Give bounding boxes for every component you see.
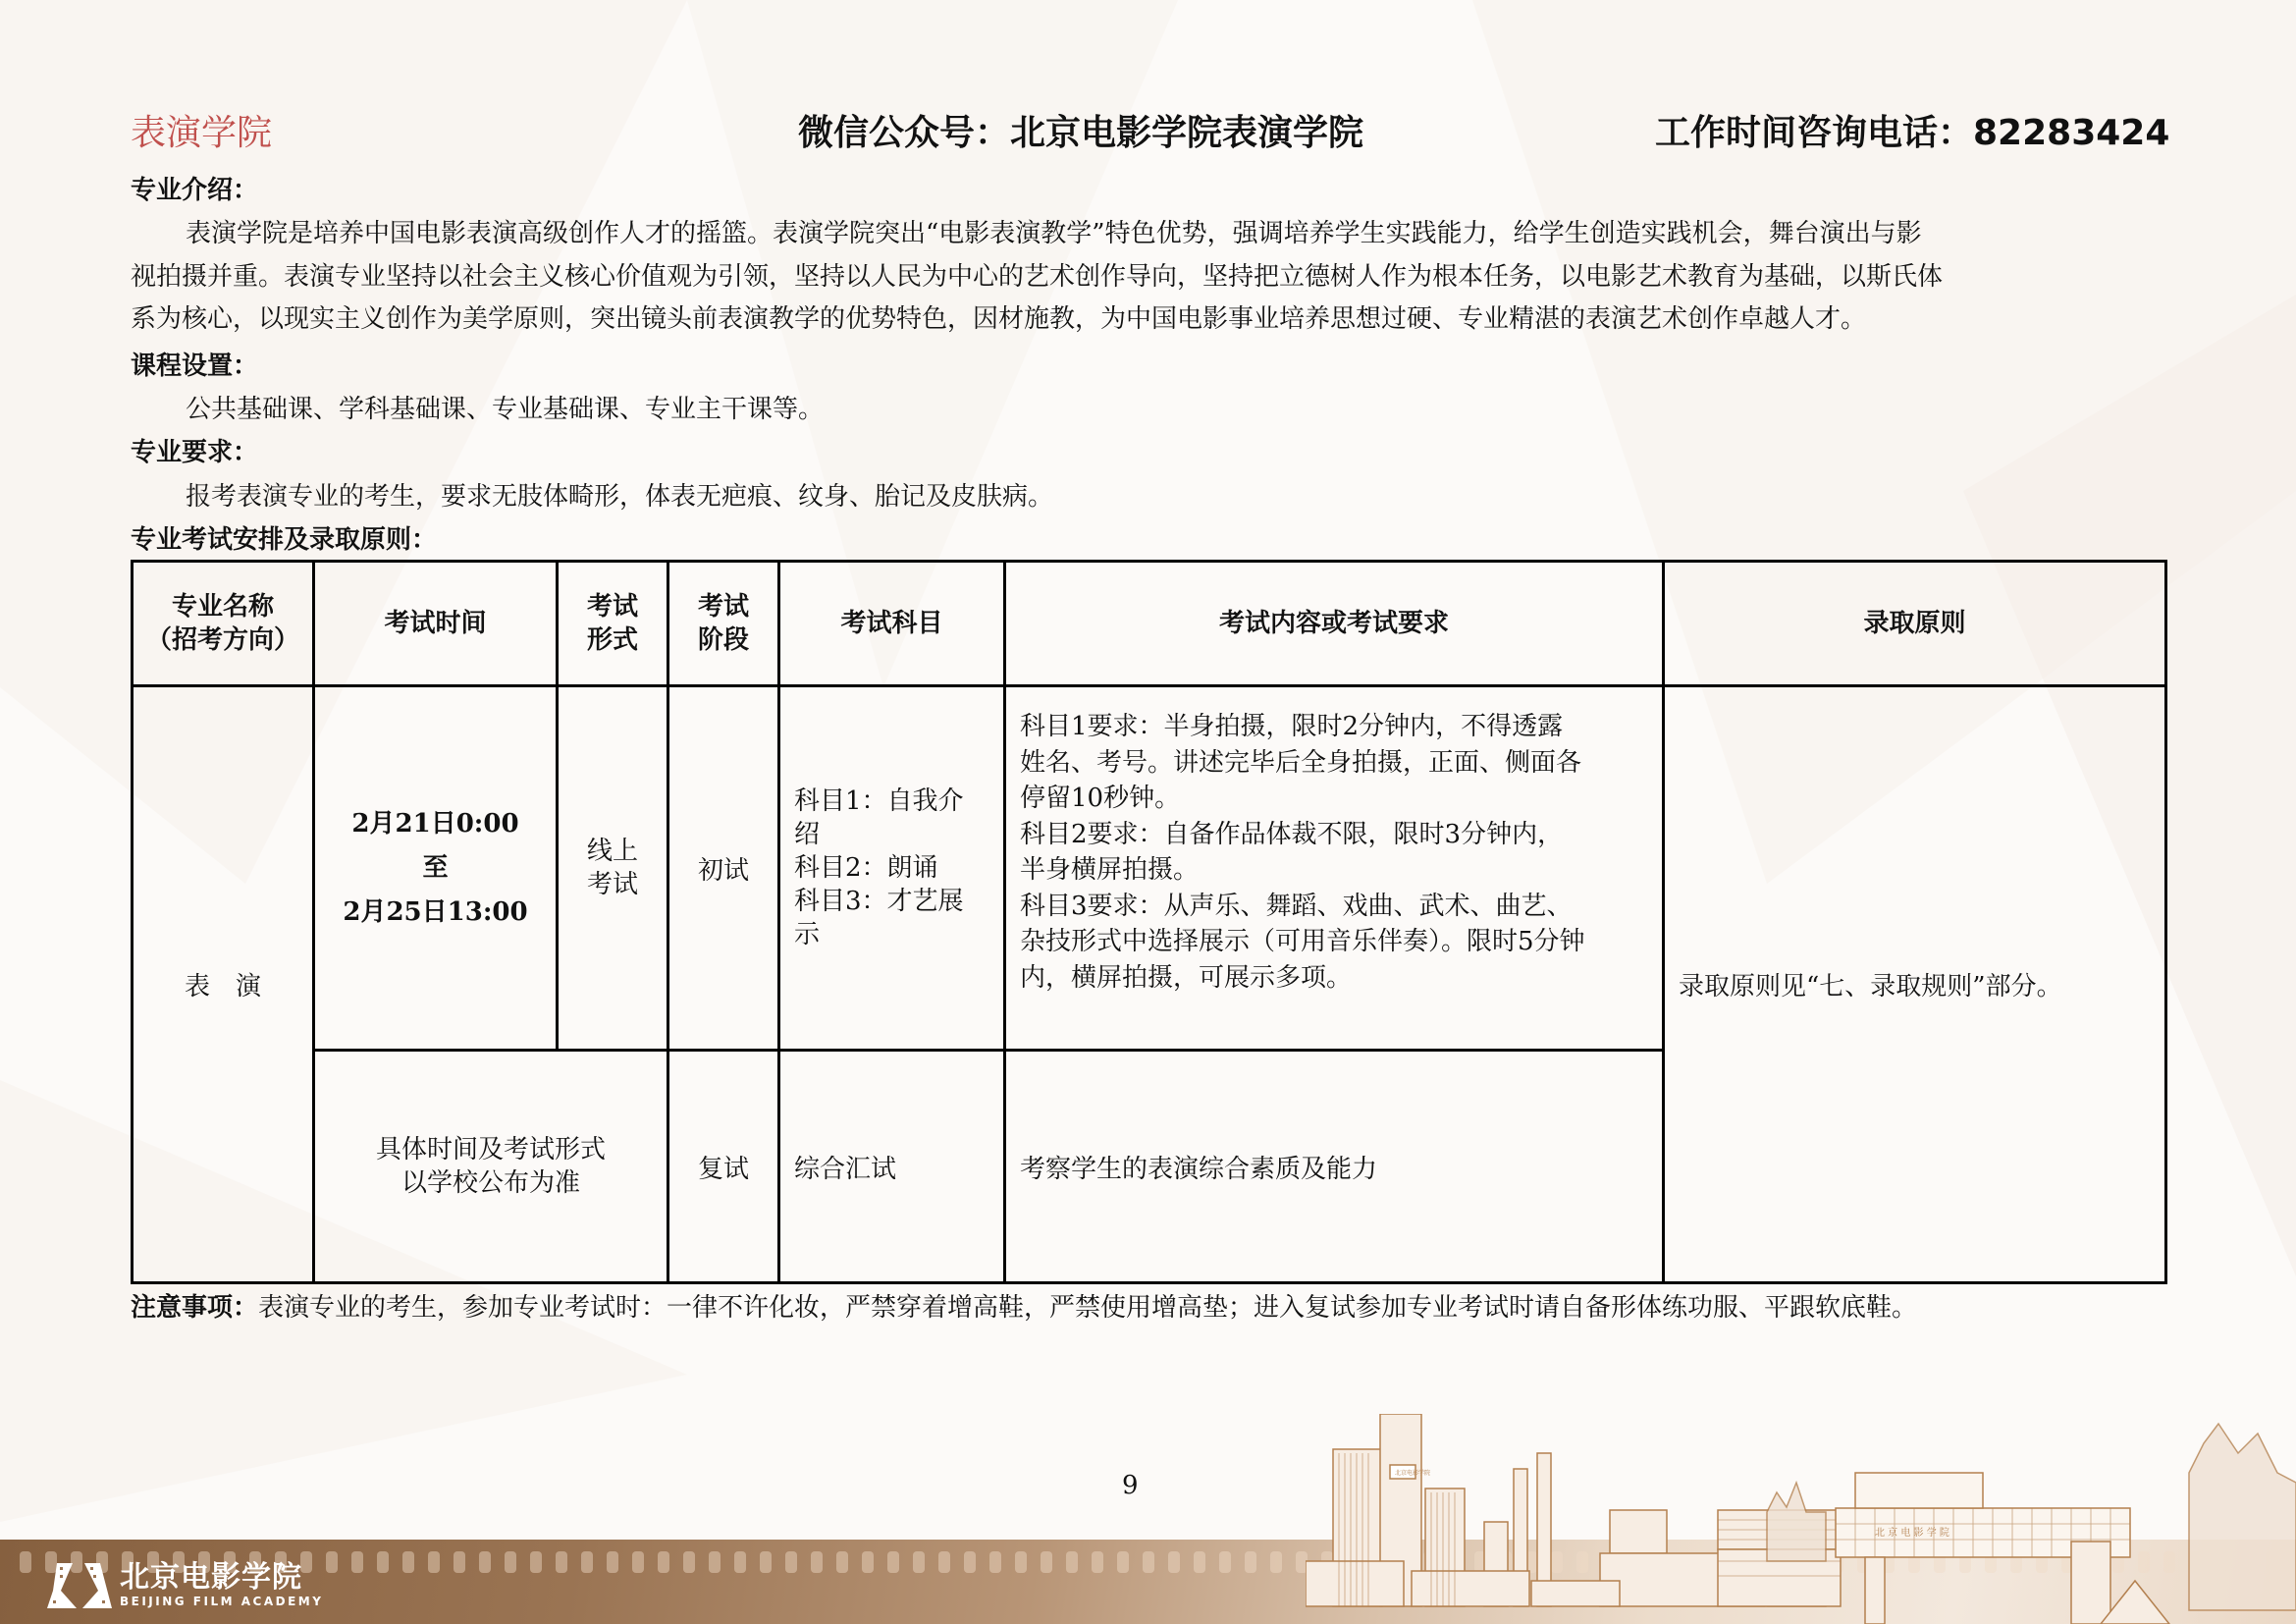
- retest-stage-cell: 复试: [668, 1051, 779, 1283]
- exam-form-cell: 线上 考试: [558, 686, 668, 1051]
- major-cell: 表 演: [133, 686, 314, 1283]
- exam-heading: 专业考试安排及录取原则：: [131, 527, 437, 553]
- exam-content-cell: 科目1要求：半身拍摄，限时2分钟内，不得透露 姓名、考号。讲述完毕后全身拍摄，正…: [1005, 686, 1664, 1051]
- svg-text:北 京 电 影 学 院: 北 京 电 影 学 院: [1875, 1526, 1949, 1539]
- admission-cell: 录取原则见“七、录取规则”部分。: [1664, 686, 2166, 1283]
- logo-english: BEIJING FILM ACADEMY: [120, 1595, 323, 1608]
- retest-subjects-cell: 综合汇试: [779, 1051, 1005, 1283]
- col-header-time: 考试时间: [314, 562, 558, 686]
- courses-text: 公共基础课、学科基础课、专业基础课、专业主干课等。: [186, 389, 824, 432]
- campus-skyline-illustration: 北京电影学院 北 京 电 影 学 院: [1306, 1414, 2296, 1624]
- retest-content-cell: 考察学生的表演综合素质及能力: [1005, 1051, 1664, 1283]
- notes: 注意事项：表演专业的考生，参加专业考试时：一律不许化妆，严禁穿着增高鞋，严禁使用…: [131, 1292, 1917, 1324]
- courses-heading: 课程设置：: [131, 353, 258, 379]
- retest-time-form-cell: 具体时间及考试形式 以学校公布为准: [314, 1051, 668, 1283]
- intro-line: 表演学院是培养中国电影表演高级创作人才的摇篮。表演学院突出“电影表演教学”特色优…: [131, 213, 1943, 256]
- svg-text:北京电影学院: 北京电影学院: [1395, 1469, 1430, 1477]
- requirements-heading: 专业要求：: [131, 440, 258, 465]
- col-header-major: 专业名称 （招考方向）: [133, 562, 314, 686]
- intro-heading: 专业介绍：: [131, 178, 258, 203]
- notes-text: 表演专业的考生，参加专业考试时：一律不许化妆，严禁穿着增高鞋，严禁使用增高垫；进…: [258, 1293, 1917, 1323]
- table-header-row: 专业名称 （招考方向） 考试时间 考试 形式 考试 阶段 考试科目 考试内容或考…: [133, 562, 2166, 686]
- requirements-text: 报考表演专业的考生，要求无肢体畸形，体表无疤痕、纹身、胎记及皮肤病。: [186, 476, 1053, 519]
- col-header-form: 考试 形式: [558, 562, 668, 686]
- bfa-logo: 北京电影学院 BEIJING FILM ACADEMY: [47, 1561, 323, 1610]
- col-header-subjects: 考试科目: [779, 562, 1005, 686]
- exam-stage-cell: 初试: [668, 686, 779, 1051]
- col-header-content: 考试内容或考试要求: [1005, 562, 1664, 686]
- consult-phone: 工作时间咨询电话：82283424: [1655, 116, 2169, 151]
- exam-time-cell: 2月21日0:00 至 2月25日13:00: [314, 686, 558, 1051]
- intro-line: 系为核心，以现实主义创作为美学原则，突出镜头前表演教学的优势特色，因材施教，为中…: [131, 298, 1943, 342]
- logo-chinese: 北京电影学院: [120, 1563, 323, 1593]
- college-title: 表演学院: [131, 116, 272, 151]
- notes-label: 注意事项：: [131, 1293, 258, 1323]
- film-star-logo-icon: [47, 1561, 112, 1610]
- col-header-stage: 考试 阶段: [668, 562, 779, 686]
- col-header-admission: 录取原则: [1664, 562, 2166, 686]
- intro-paragraph: 表演学院是培养中国电影表演高级创作人才的摇篮。表演学院突出“电影表演教学”特色优…: [131, 213, 1943, 342]
- exam-subjects-cell: 科目1：自我介 绍 科目2：朗诵 科目3：才艺展 示: [779, 686, 1005, 1051]
- intro-line: 视拍摄并重。表演专业坚持以社会主义核心价值观为引领，坚持以人民为中心的艺术创作导…: [131, 256, 1943, 299]
- page-number: 9: [1122, 1471, 1139, 1500]
- table-row-preliminary: 表 演 2月21日0:00 至 2月25日13:00 线上 考试 初试 科目1：…: [133, 686, 2166, 1051]
- exam-schedule-table: 专业名称 （招考方向） 考试时间 考试 形式 考试 阶段 考试科目 考试内容或考…: [131, 560, 2167, 1284]
- wechat-account: 微信公众号：北京电影学院表演学院: [798, 116, 1363, 151]
